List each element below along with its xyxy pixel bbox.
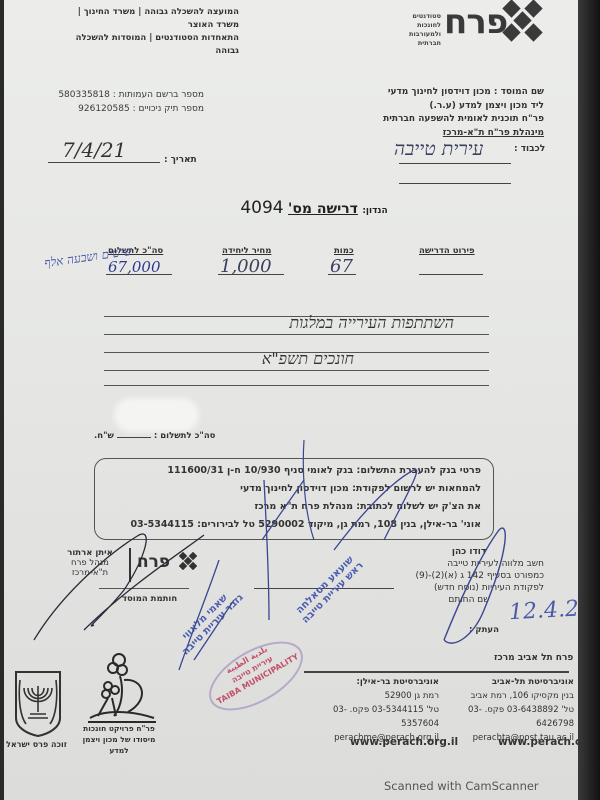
unit-price-underline [218,274,284,275]
footer-biu-contact: אוניברסיטת בר-אילן: רמת גן 52900 טל' 03-… [304,675,439,745]
addressee-underline [399,163,511,164]
institution-block: שם המוסד : מכון דוידסון לחינוך מדעי ליד … [304,86,544,140]
request-number: 4094 [240,198,283,218]
tau-phones: טל' 03-6438892 פקס. 03-6426798 [444,703,574,731]
camscanner-watermark: Scanned with CamScanner [384,779,539,793]
institution-line-1: שם המוסד : מכון דוידסון לחינוך מדעי [304,86,544,100]
institution-line-3: פר"ח תוכנית לאומית להשפעה חברתית [304,113,544,127]
column-header-quantity: כמות [334,246,354,256]
addressee-handwritten: עירית טייבה [394,138,483,161]
logo-tagline-2: ולמעורבות חברתית [399,30,441,48]
notes-line-2 [104,334,489,335]
logo-tagline-1: סטודנטים לחונכות [399,12,441,30]
biu-website-link[interactable]: www.perach.org.il [350,736,458,748]
logo-tagline: סטודנטים לחונכות ולמעורבות חברתית [399,12,441,48]
tax-file-label: מספר תיק ניכויים : [133,104,204,114]
israel-prize-caption: זוכה פרס ישראל [6,740,67,749]
biu-title: אוניברסיטת בר-אילן: [304,675,439,689]
notes-handwritten-line-2: חונכים תשפ"א [204,349,354,369]
footer-tau-contact: אוניברסיטת תל-אביב בנין מקסיקו 106, רמת … [444,675,574,745]
date-handwritten: 7/4/21 [62,138,126,162]
biu-address: רמת גן 52900 [304,689,439,703]
subject-label: הנדון: [362,206,387,216]
tau-address: בנין מקסיקו 106, רמת אביב [444,689,574,703]
column-header-description: פירוט הדרישה [419,246,475,256]
notes-line-5 [104,385,489,386]
footer-rule [304,671,569,673]
scan-edge-right [578,0,600,800]
registration-row: מספר ברשם העמותות : 580335818 [54,88,204,102]
date-underline [48,162,160,163]
registration-label: מספר ברשם העמותות : [113,90,204,100]
tau-website-link[interactable]: www.perach.org.il [498,736,578,748]
addressee-second-line [399,183,511,184]
tax-file-row: מספר תיק ניכויים : 926120585 [54,102,204,116]
biu-phones: טל' 03-5344115 פקס. 03-5357604 [304,703,439,731]
perach-weizmann-caption: פר"ח פרויקט חונכות מיסודו של מכון ויצמן … [74,723,164,756]
institution-line-2: ליד מכון ויצמן למדע (ע.ר.) [304,100,544,114]
subject-title: דרישה מס' [288,201,358,217]
registration-info: מספר ברשם העמותות : 580335818 מספר תיק נ… [54,88,204,116]
notes-handwritten-line-1: השתתפות העירייה במלגות [114,313,454,333]
redacted-area [114,398,199,432]
footer-region-title: פרח תל אביב מרכז [494,653,573,663]
column-header-unit-price: מחיר ליחידה [222,246,271,256]
perach-logo: סטודנטים לחונכות ולמעורבות חברתית פרח [399,0,564,48]
scanned-document-page: המועצה להשכלה גבוהה | משרד החינוך | משרד… [4,0,578,800]
tax-file-number: 926120585 [78,104,130,114]
perach-weizmann-caption-2: מיסודו של מכון ויצמן למדע [74,734,164,756]
ministries-line-1: המועצה להשכלה גבוהה | משרד החינוך | משרד… [54,6,239,32]
logo-word: פרח [444,2,507,42]
state-emblem-icon [12,668,64,738]
perach-x-logo-icon [499,0,547,44]
subject-line: הנדון: דרישה מס' 4094 [194,198,434,218]
tau-title: אוניברסיטת תל-אביב [444,675,574,689]
notes-line-4 [104,370,489,371]
signature-scribbles [4,440,578,680]
total-underline [106,274,172,275]
registration-number: 580335818 [58,90,110,100]
addressee-label: לכבוד : [514,144,545,154]
total-line-blank [117,437,151,438]
date-label: תאריך : [164,155,197,165]
ministries-line-2: התאחדות הסטודנטים | המוסדות להשכלה גבוהה [54,32,239,58]
perach-weizmann-logo-icon [84,650,159,725]
perach-weizmann-caption-1: פר"ח פרויקט חונכות [74,723,164,734]
description-underline [419,274,483,275]
ministries-header: המועצה להשכלה גבוהה | משרד החינוך | משרד… [54,6,239,58]
quantity-underline [328,274,356,275]
